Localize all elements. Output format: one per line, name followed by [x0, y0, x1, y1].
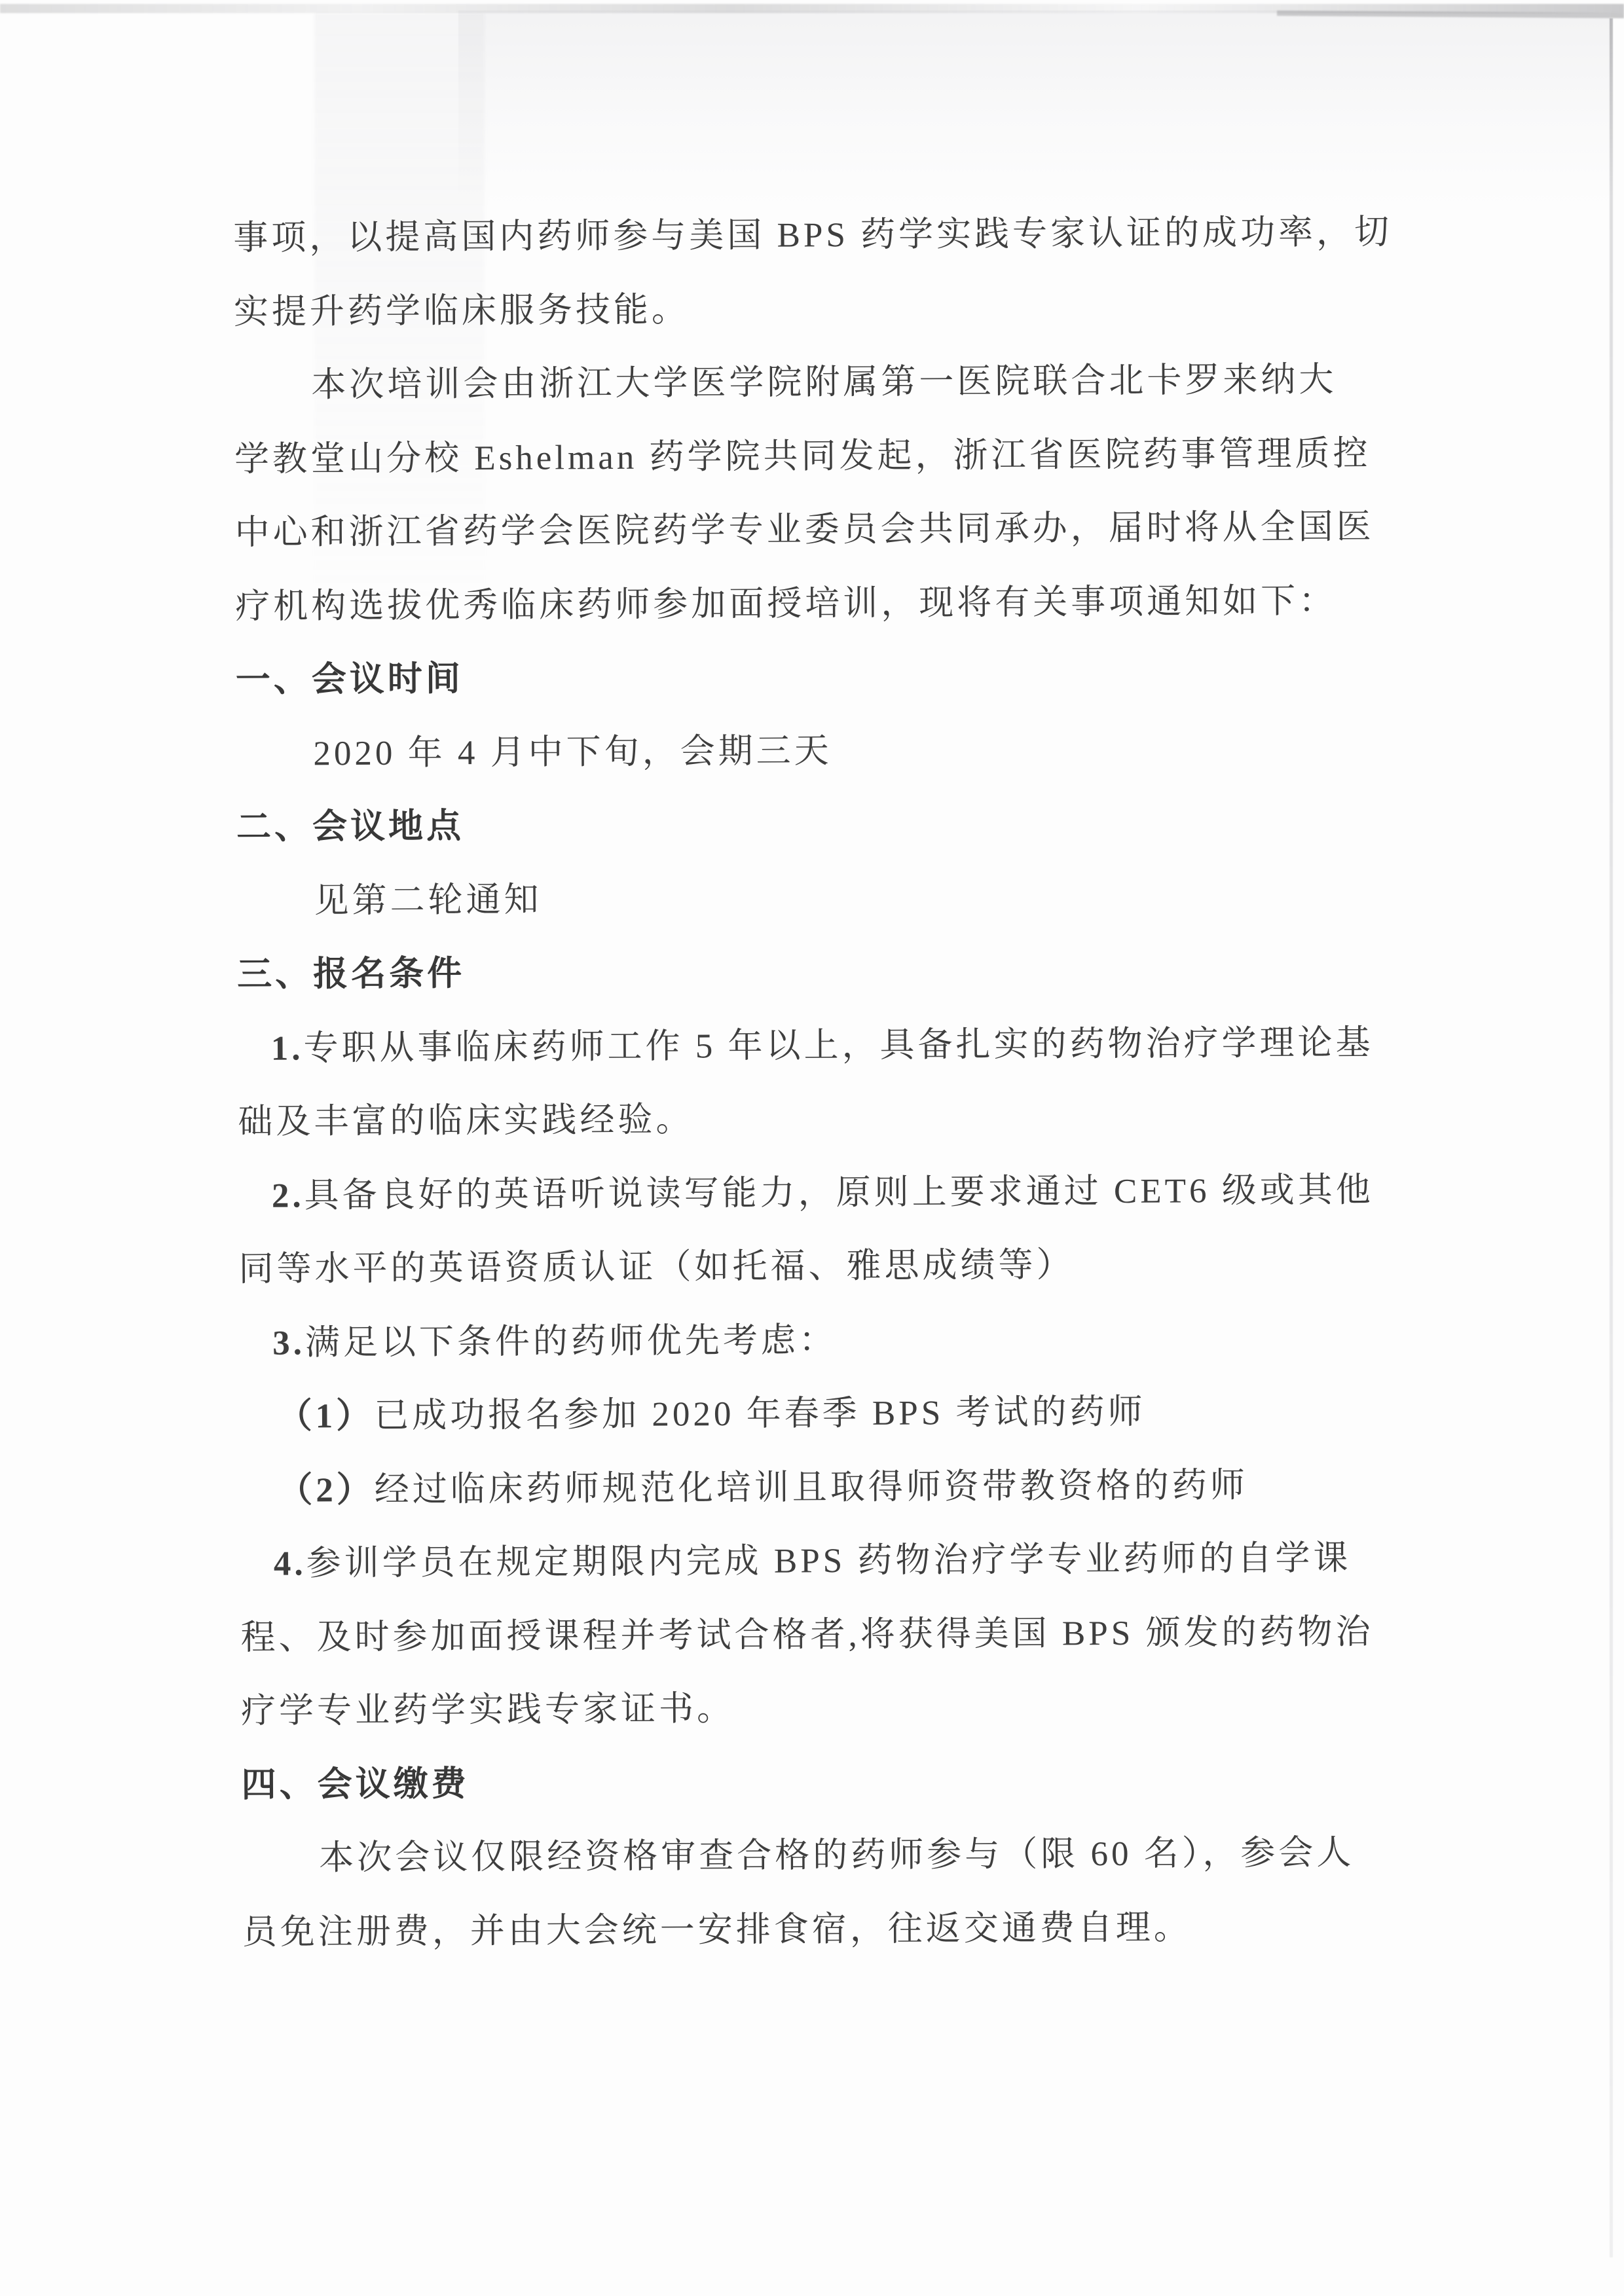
text-line: 本次会议仅限经资格审查合格的药师参与（限 60 名），参会人	[319, 1816, 1421, 1895]
text-line: 员免注册费，并由大会统一安排食宿，往返交通费自理。	[242, 1889, 1422, 1969]
text-line: 础及丰富的临床实践经验。	[238, 1080, 1417, 1159]
line-text: 事项，以提高国内药师参与美国 BPS 药学实践专家认证的成功率，切	[233, 213, 1392, 257]
text-line: 疗机构选拔优秀临床药师参加面授培训，现将有关事项通知如下：	[235, 564, 1414, 644]
section-heading-4: 四、会议缴费	[241, 1742, 1420, 1822]
line-text: 一、会议时间	[236, 660, 464, 699]
text-line: 3.满足以下条件的药师优先考虑：	[272, 1300, 1418, 1380]
line-text: 学教堂山分校 Eshelman 药学院共同发起，浙江省医院药事管理质控	[234, 434, 1371, 478]
line-text: 中心和浙江省药学会医院药学专业委员会共同承办，届时将从全国医	[234, 508, 1374, 552]
text-line: 实提升药学临床服务技能。	[234, 269, 1413, 349]
section-heading-1: 一、会议时间	[236, 638, 1415, 718]
line-text: 三、报名条件	[237, 955, 465, 994]
text-line: 事项，以提高国内药师参与美国 BPS 药学实践专家认证的成功率，切	[233, 196, 1412, 276]
text-line: 疗学专业药学实践专家证书。	[241, 1669, 1420, 1749]
scan-artifact-top-right-shade	[458, 10, 1611, 207]
line-text: 具备良好的英语听说读写能力，原则上要求通过 CET6 级或其他	[304, 1171, 1374, 1214]
line-text: 本次培训会由浙江大学医学院附属第一医院联合北卡罗来纳大	[311, 361, 1337, 404]
item-number: （2）	[278, 1470, 375, 1509]
text-line: 2.具备良好的英语听说读写能力，原则上要求通过 CET6 级或其他	[272, 1153, 1418, 1233]
text-line: 同等水平的英语资质认证（如托福、雅思成绩等）	[238, 1227, 1418, 1307]
item-number: （1）	[278, 1397, 375, 1436]
line-text: 已成功报名参加 2020 年春季 BPS 考试的药师	[374, 1393, 1146, 1435]
item-number: 1.	[271, 1029, 304, 1067]
item-number: 3.	[272, 1324, 305, 1362]
text-line: 2020 年 4 月中下旬，会期三天	[313, 711, 1415, 790]
text-line: 1.专职从事临床药师工作 5 年以上，具备扎实的药物治疗学理论基	[270, 1006, 1416, 1085]
item-number: 4.	[274, 1544, 306, 1582]
section-heading-3: 三、报名条件	[237, 932, 1416, 1012]
text-line: 中心和浙江省药学会医院药学专业委员会共同承办，届时将从全国医	[234, 490, 1414, 570]
line-text: 疗学专业药学实践专家证书。	[241, 1690, 735, 1730]
text-line: 本次培训会由浙江大学医学院附属第一医院联合北卡罗来纳大	[311, 343, 1413, 422]
line-text: 满足以下条件的药师优先考虑：	[305, 1321, 837, 1362]
notice-body-text: 事项，以提高国内药师参与美国 BPS 药学实践专家认证的成功率，切 实提升药学临…	[233, 196, 1421, 1969]
scan-artifact-right-edge	[1610, 18, 1613, 2257]
text-line: （1）已成功报名参加 2020 年春季 BPS 考试的药师	[277, 1374, 1418, 1454]
line-text: 疗机构选拔优秀临床药师参加面授培训，现将有关事项通知如下：	[235, 582, 1337, 626]
text-line: 程、及时参加面授课程并考试合格者,将获得美国 BPS 颁发的药物治	[240, 1595, 1420, 1675]
scanned-notice-page: 事项，以提高国内药师参与美国 BPS 药学实践专家认证的成功率，切 实提升药学临…	[0, 0, 1624, 2296]
line-text: 四、会议缴费	[242, 1765, 470, 1804]
text-line: 见第二轮通知	[314, 858, 1416, 938]
line-text: 员免注册费，并由大会统一安排食宿，往返交通费自理。	[242, 1908, 1192, 1952]
section-heading-2: 二、会议地点	[236, 785, 1416, 865]
line-text: 参训学员在规定期限内完成 BPS 药物治疗学专业药师的自学课	[306, 1539, 1351, 1582]
text-line: 学教堂山分校 Eshelman 药学院共同发起，浙江省医院药事管理质控	[234, 416, 1414, 496]
line-text: 实提升药学临床服务技能。	[234, 291, 690, 331]
item-number: 2.	[272, 1176, 304, 1214]
line-text: 2020 年 4 月中下旬，会期三天	[313, 732, 832, 773]
line-text: 专职从事临床药师工作 5 年以上，具备扎实的药物治疗学理论基	[303, 1023, 1373, 1067]
line-text: 经过临床药师规范化培训且取得师资带教资格的药师	[375, 1466, 1248, 1508]
line-text: 同等水平的英语资质认证（如托福、雅思成绩等）	[238, 1246, 1074, 1288]
line-text: 本次会议仅限经资格审查合格的药师参与（限 60 名），参会人	[319, 1834, 1354, 1877]
text-line: （2）经过临床药师规范化培训且取得师资带教资格的药师	[278, 1448, 1419, 1527]
text-line: 4.参训学员在规定期限内完成 BPS 药物治疗学专业药师的自学课	[274, 1522, 1420, 1601]
line-text: 二、会议地点	[236, 807, 464, 847]
line-text: 见第二轮通知	[314, 881, 542, 920]
line-text: 程、及时参加面授课程并考试合格者,将获得美国 BPS 颁发的药物治	[240, 1613, 1373, 1656]
line-text: 础及丰富的临床实践经验。	[238, 1101, 693, 1141]
